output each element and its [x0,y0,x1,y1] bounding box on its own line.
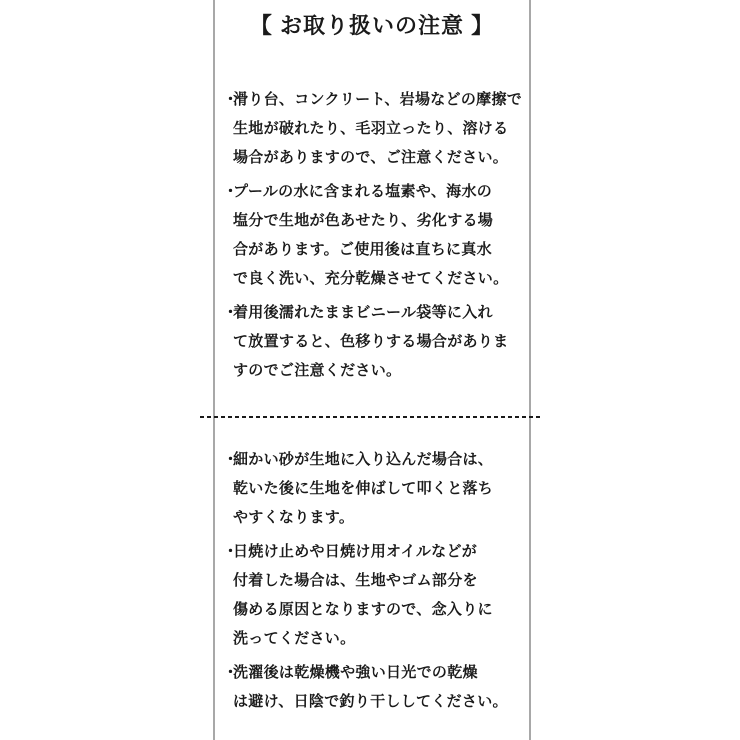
precaution-line: 場合がありますので、ご注意ください。 [233,143,523,172]
precaution-line: 乾いた後に生地を伸ばして叩くと落ち [233,474,523,503]
care-label-image: 【 お取り扱いの注意 】 ・滑り台、コンクリート、岩場などの摩擦で生地が破れたり… [0,0,740,740]
precaution-line: 洗濯後は乾燥機や強い日光での乾燥 [233,658,523,687]
precaution-item: ・プールの水に含まれる塩素や、海水の塩分で生地が色あせたり、劣化する場合がありま… [215,177,529,293]
precaution-item: ・日焼け止めや日焼け用オイルなどが付着した場合は、生地やゴム部分を傷める原因とな… [215,537,529,653]
precaution-line: 細かい砂が生地に入り込んだ場合は、 [233,445,523,474]
precaution-line: 合があります。ご使用後は直ちに真水 [233,235,523,264]
care-label-panel: 【 お取り扱いの注意 】 ・滑り台、コンクリート、岩場などの摩擦で生地が破れたり… [213,0,531,740]
precaution-line: 生地が破れたり、毛羽立ったり、溶ける [233,114,523,143]
precaution-line: で良く洗い、充分乾燥させてください。 [233,264,523,293]
precaution-line: 洗ってください。 [233,624,523,653]
precaution-line: は避け、日陰で釣り干ししてください。 [233,687,523,716]
precaution-item: ・着用後濡れたままビニール袋等に入れて放置すると、色移りする場合がありますのでご… [215,298,529,385]
precaution-line: やすくなります。 [233,503,523,532]
bullet-marker: ・ [223,177,238,206]
bullet-marker: ・ [223,658,238,687]
bullet-marker: ・ [223,537,238,566]
precaution-item: ・滑り台、コンクリート、岩場などの摩擦で生地が破れたり、毛羽立ったり、溶ける場合… [215,85,529,172]
precaution-line: プールの水に含まれる塩素や、海水の [233,177,523,206]
bullet-marker: ・ [223,445,238,474]
precaution-line: 着用後濡れたままビニール袋等に入れ [233,298,523,327]
precautions-section-2: ・細かい砂が生地に入り込んだ場合は、乾いた後に生地を伸ばして叩くと落ちやすくなり… [215,445,529,721]
precaution-item: ・洗濯後は乾燥機や強い日光での乾燥は避け、日陰で釣り干ししてください。 [215,658,529,716]
bullet-marker: ・ [223,85,238,114]
precaution-line: 傷める原因となりますので、念入りに [233,595,523,624]
precautions-section-1: ・滑り台、コンクリート、岩場などの摩擦で生地が破れたり、毛羽立ったり、溶ける場合… [215,85,529,390]
bullet-marker: ・ [223,298,238,327]
care-label-title: 【 お取り扱いの注意 】 [215,11,529,41]
perforation-dashed-line [200,416,543,418]
precaution-item: ・細かい砂が生地に入り込んだ場合は、乾いた後に生地を伸ばして叩くと落ちやすくなり… [215,445,529,532]
precaution-line: 滑り台、コンクリート、岩場などの摩擦で [233,85,523,114]
precaution-line: すのでご注意ください。 [233,356,523,385]
precaution-line: 付着した場合は、生地やゴム部分を [233,566,523,595]
precaution-line: て放置すると、色移りする場合がありま [233,327,523,356]
precaution-line: 塩分で生地が色あせたり、劣化する場 [233,206,523,235]
precaution-line: 日焼け止めや日焼け用オイルなどが [233,537,523,566]
